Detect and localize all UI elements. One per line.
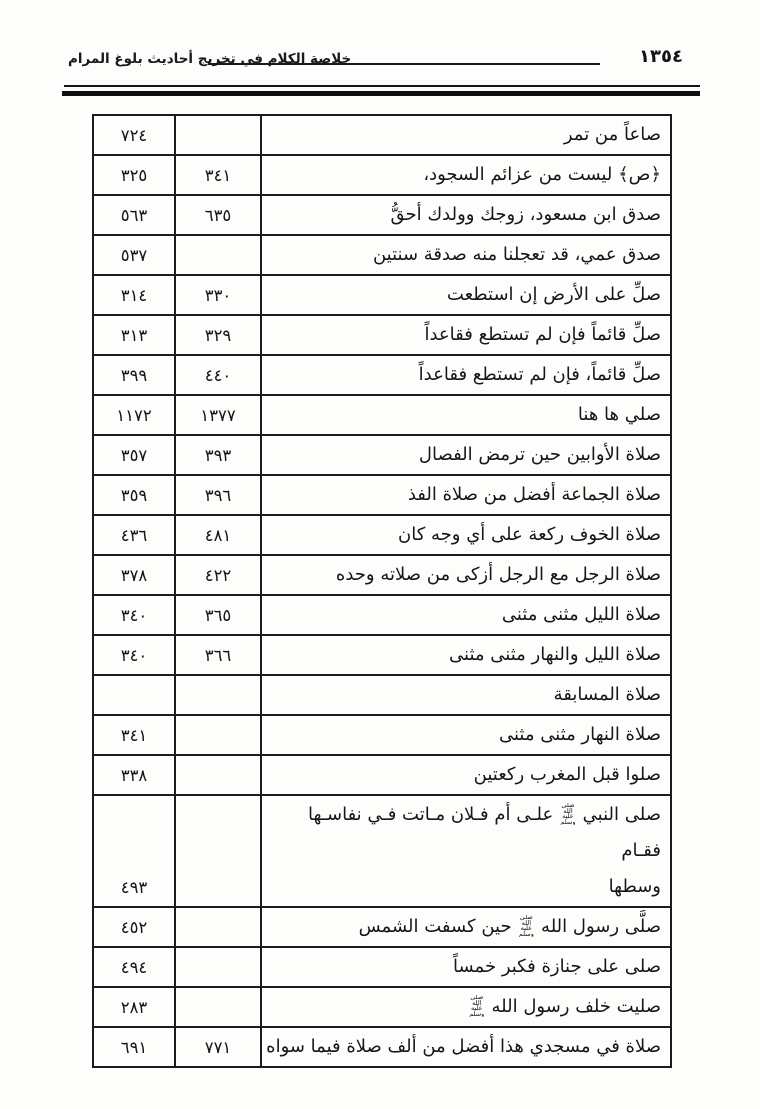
- table-row: صلاة المسابقة: [93, 675, 671, 715]
- page-ref-col2-cell: ٣٤١: [93, 715, 175, 755]
- table-row: صلاة الخوف ركعة على أي وجه كان ٤٨١ ٤٣٦: [93, 515, 671, 555]
- page-ref-col2-cell: ٣٥٧: [93, 435, 175, 475]
- hadith-text: صليت خلف رسول الله صلى الله عليه وسلم: [266, 989, 661, 1025]
- hadith-text: صلى النبي صلى الله عليه وسلم علـى أم فـل…: [266, 797, 661, 869]
- hadith-text-cell: صلاة الليل والنهار مثنى مثنى: [261, 635, 671, 675]
- page-ref-col2-cell: ٧٢٤: [93, 115, 175, 155]
- table-row: صلاة النهار مثنى مثنى ٣٤١: [93, 715, 671, 755]
- table-row: صلاة الأوابين حين ترمض الفصال ٣٩٣ ٣٥٧: [93, 435, 671, 475]
- table-row: صليت خلف رسول الله صلى الله عليه وسلم ٢٨…: [93, 987, 671, 1027]
- page-ref-col2-cell: ٣٥٩: [93, 475, 175, 515]
- table-row: صدق ابن مسعود، زوجك وولدك أحقُّ ٦٣٥ ٥٦٣: [93, 195, 671, 235]
- hadith-text-cell: صدق عمي، قد تعجلنا منه صدقة سنتين: [261, 235, 671, 275]
- hadith-text-cell: صلَّى رسول الله صلى الله عليه وسلم حين ك…: [261, 907, 671, 947]
- page-ref-col2-cell: ٤٩٤: [93, 947, 175, 987]
- hadith-text: صاعاً من تمر: [266, 117, 661, 153]
- page-ref-col1-cell: ١٣٧٧: [175, 395, 261, 435]
- table-row: صلِّ قائماً، فإن لم تستطع فقاعداً ٤٤٠ ٣٩…: [93, 355, 671, 395]
- page-ref-col2-cell: ٣٤٠: [93, 635, 175, 675]
- hadith-text-cell: صاعاً من تمر: [261, 115, 671, 155]
- page-ref-col1-cell: [175, 947, 261, 987]
- table-row: صلِّ على الأرض إن استطعت ٣٣٠ ٣١٤: [93, 275, 671, 315]
- hadith-text: صدق ابن مسعود، زوجك وولدك أحقُّ: [266, 197, 661, 233]
- table-row: صلى على جنازة فكبر خمساً ٤٩٤: [93, 947, 671, 987]
- hadith-text: صلَّى رسول الله صلى الله عليه وسلم حين ك…: [266, 909, 661, 945]
- page-ref-col2-cell: ٢٨٣: [93, 987, 175, 1027]
- hadith-text: صلاة الرجل مع الرجل أزكى من صلاته وحده: [266, 557, 661, 593]
- hadith-text-cell: صلِّ قائماً فإن لم تستطع فقاعداً: [261, 315, 671, 355]
- hadith-text-cell: صلاة الرجل مع الرجل أزكى من صلاته وحده: [261, 555, 671, 595]
- hadith-text: صلِّ على الأرض إن استطعت: [266, 277, 661, 313]
- page-ref-col2-cell: ١١٧٢: [93, 395, 175, 435]
- page-ref-col1-cell: [175, 715, 261, 755]
- hadith-text-cell: صلي ها هنا: [261, 395, 671, 435]
- page-ref-col1-cell: ٣٢٩: [175, 315, 261, 355]
- header-double-rule-top: [64, 85, 700, 87]
- hadith-text-cell: صلِّ قائماً، فإن لم تستطع فقاعداً: [261, 355, 671, 395]
- table-row: صلاة الليل مثنى مثنى ٣٦٥ ٣٤٠: [93, 595, 671, 635]
- page-ref-col2-cell: ٤٩٣: [93, 795, 175, 907]
- table-row: صلاة الليل والنهار مثنى مثنى ٣٦٦ ٣٤٠: [93, 635, 671, 675]
- hadith-text: صلي ها هنا: [266, 397, 661, 433]
- hadith-text: صلاة المسابقة: [266, 677, 661, 713]
- page-ref-col1-cell: [175, 675, 261, 715]
- page-ref-col1-cell: [175, 755, 261, 795]
- page-ref-col1-cell: [175, 795, 261, 907]
- table-row: صلى النبي صلى الله عليه وسلم علـى أم فـل…: [93, 795, 671, 907]
- hadith-text: ﴿ص﴾ ليست من عزائم السجود،: [266, 157, 661, 193]
- page-ref-col2-cell: ٣١٤: [93, 275, 175, 315]
- hadith-text: صلاة النهار مثنى مثنى: [266, 717, 661, 753]
- page-ref-col2-cell: [93, 675, 175, 715]
- page-ref-col1-cell: ٣٩٣: [175, 435, 261, 475]
- page-ref-col1-cell: ٣٣٠: [175, 275, 261, 315]
- page-ref-col1-cell: ٣٩٦: [175, 475, 261, 515]
- hadith-text-cell: ﴿ص﴾ ليست من عزائم السجود،: [261, 155, 671, 195]
- table-row: صدق عمي، قد تعجلنا منه صدقة سنتين ٥٣٧: [93, 235, 671, 275]
- table-row: صاعاً من تمر ٧٢٤: [93, 115, 671, 155]
- table-row: صلاة الرجل مع الرجل أزكى من صلاته وحده ٤…: [93, 555, 671, 595]
- table-row: صلَّى رسول الله صلى الله عليه وسلم حين ك…: [93, 907, 671, 947]
- hadith-text-cell: صلى على جنازة فكبر خمساً: [261, 947, 671, 987]
- page-ref-col2-cell: ٣٩٩: [93, 355, 175, 395]
- hadith-text-cell: صلاة في مسجدي هذا أفضل من ألف صلاة فيما …: [261, 1027, 671, 1067]
- scanned-book-page: { "page": { "number": "١٣٥٤", "running_t…: [0, 0, 760, 1109]
- hadith-text-cell: صلِّ على الأرض إن استطعت: [261, 275, 671, 315]
- hadith-text-cell: صلوا قبل المغرب ركعتين: [261, 755, 671, 795]
- table-row: صلاة الجماعة أفضل من صلاة الفذ ٣٩٦ ٣٥٩: [93, 475, 671, 515]
- hadith-text-cell: صلاة الأوابين حين ترمض الفصال: [261, 435, 671, 475]
- hadith-text-cell: صلاة الليل مثنى مثنى: [261, 595, 671, 635]
- saw-ligature: صلى الله عليه وسلم: [517, 915, 535, 937]
- saw-ligature: صلى الله عليه وسلم: [559, 803, 577, 825]
- page-number: ١٣٥٤: [631, 46, 691, 67]
- page-ref-col1-cell: ٤٢٢: [175, 555, 261, 595]
- hadith-text-cell: صلى النبي صلى الله عليه وسلم علـى أم فـل…: [261, 795, 671, 907]
- page-ref-col1-cell: [175, 235, 261, 275]
- hadith-text-cell: صلاة الخوف ركعة على أي وجه كان: [261, 515, 671, 555]
- hadith-text-cell: صلاة الجماعة أفضل من صلاة الفذ: [261, 475, 671, 515]
- table-row: صلي ها هنا ١٣٧٧ ١١٧٢: [93, 395, 671, 435]
- page-ref-col2-cell: ٤٣٦: [93, 515, 175, 555]
- page-ref-col1-cell: ٤٤٠: [175, 355, 261, 395]
- hadith-text: صلاة الليل والنهار مثنى مثنى: [266, 637, 661, 673]
- page-ref-col2-cell: ٣٢٥: [93, 155, 175, 195]
- hadith-text: صلى على جنازة فكبر خمساً: [266, 949, 661, 985]
- page-ref-col1-cell: [175, 987, 261, 1027]
- page-ref-col1-cell: ٣٤١: [175, 155, 261, 195]
- saw-ligature: صلى الله عليه وسلم: [468, 995, 486, 1017]
- page-ref-col1-cell: ٤٨١: [175, 515, 261, 555]
- page-ref-col1-cell: ٣٦٥: [175, 595, 261, 635]
- page-ref-col1-cell: ٧٧١: [175, 1027, 261, 1067]
- hadith-text-cell: صليت خلف رسول الله صلى الله عليه وسلم: [261, 987, 671, 1027]
- page-ref-col2-cell: ٣٣٨: [93, 755, 175, 795]
- hadith-text: صلاة الليل مثنى مثنى: [266, 597, 661, 633]
- hadith-text: صلِّ قائماً فإن لم تستطع فقاعداً: [266, 317, 661, 353]
- page-ref-col2-cell: ٥٣٧: [93, 235, 175, 275]
- page-ref-col2-cell: ٣١٣: [93, 315, 175, 355]
- table-row: صلِّ قائماً فإن لم تستطع فقاعداً ٣٢٩ ٣١٣: [93, 315, 671, 355]
- hadith-text-cell: صلاة النهار مثنى مثنى: [261, 715, 671, 755]
- page-ref-col2-cell: ٤٥٢: [93, 907, 175, 947]
- page-ref-col2-cell: ٣٤٠: [93, 595, 175, 635]
- header-double-rule-bottom: [62, 91, 700, 96]
- hadith-text: صلاة الأوابين حين ترمض الفصال: [266, 437, 661, 473]
- hadith-text: صلاة في مسجدي هذا أفضل من ألف صلاة فيما …: [266, 1029, 661, 1065]
- hadith-text: صدق عمي، قد تعجلنا منه صدقة سنتين: [266, 237, 661, 273]
- page-ref-col2-cell: ٦٩١: [93, 1027, 175, 1067]
- page-ref-col2-cell: ٣٧٨: [93, 555, 175, 595]
- page-ref-col2-cell: ٥٦٣: [93, 195, 175, 235]
- page-ref-col1-cell: ٣٦٦: [175, 635, 261, 675]
- hadith-index-table: صاعاً من تمر ٧٢٤ ﴿ص﴾ ليست من عزائم السجو…: [92, 114, 672, 1068]
- table-row: صلاة في مسجدي هذا أفضل من ألف صلاة فيما …: [93, 1027, 671, 1067]
- hadith-text: صلاة الجماعة أفضل من صلاة الفذ: [266, 477, 661, 513]
- hadith-text-line2: وسطها: [266, 869, 661, 905]
- hadith-text: صلاة الخوف ركعة على أي وجه كان: [266, 517, 661, 553]
- page-ref-col1-cell: [175, 115, 261, 155]
- table-row: ﴿ص﴾ ليست من عزائم السجود، ٣٤١ ٣٢٥: [93, 155, 671, 195]
- hadith-text: صلوا قبل المغرب ركعتين: [266, 757, 661, 793]
- page-ref-col1-cell: ٦٣٥: [175, 195, 261, 235]
- header-rule: [208, 63, 600, 65]
- page-ref-col1-cell: [175, 907, 261, 947]
- hadith-text: صلِّ قائماً، فإن لم تستطع فقاعداً: [266, 357, 661, 393]
- hadith-text-cell: صدق ابن مسعود، زوجك وولدك أحقُّ: [261, 195, 671, 235]
- table-row: صلوا قبل المغرب ركعتين ٣٣٨: [93, 755, 671, 795]
- hadith-text-cell: صلاة المسابقة: [261, 675, 671, 715]
